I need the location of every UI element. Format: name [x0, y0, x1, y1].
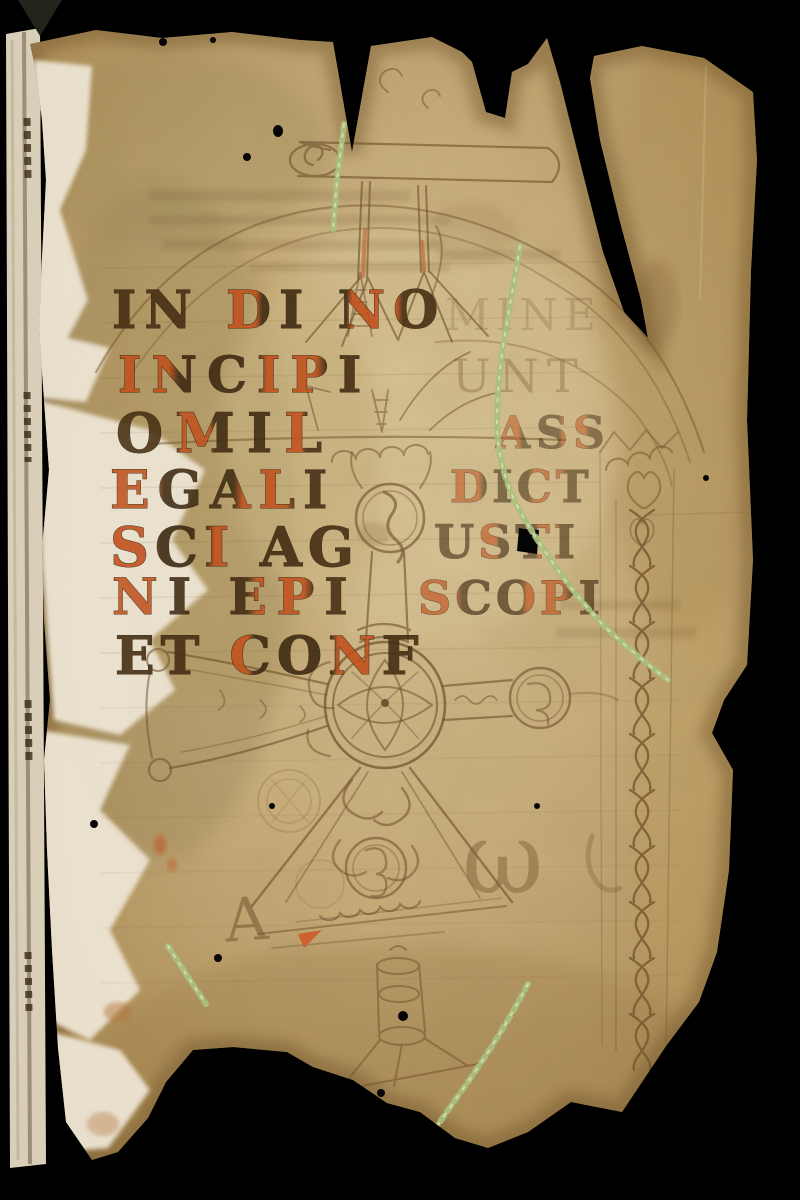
- inscription-line-right-4: DICT: [450, 462, 593, 513]
- inscription-line-left-3: OMIL: [116, 401, 334, 465]
- inscription-line-right-5: USTI: [434, 515, 579, 569]
- inscription-line-left-2: INCIPI: [118, 345, 371, 404]
- manuscript-canvas: IN DI NO INCIPI OMIL EGALI SCI AG NI EPI…: [0, 0, 800, 1200]
- inscription-line-left-6: NI EPI: [112, 567, 358, 626]
- alpha-symbol: A: [221, 884, 271, 957]
- manuscript-photograph: IN DI NO INCIPI OMIL EGALI SCI AG NI EPI…: [0, 0, 800, 1200]
- inscription-line-right-3: ASS: [495, 408, 611, 459]
- inscription-line-left-4: EGALI: [110, 460, 335, 521]
- inscription-line-right-2: UNT: [452, 349, 586, 403]
- omega-symbol: ω: [462, 800, 544, 917]
- inscription-line-left-7: ET CONF: [115, 626, 425, 687]
- inscription-line-right-1: MINE: [445, 290, 602, 341]
- inscription-line-left-1: IN DI NO: [112, 280, 446, 341]
- parchment-leaf: IN DI NO INCIPI OMIL EGALI SCI AG NI EPI…: [0, 0, 800, 1200]
